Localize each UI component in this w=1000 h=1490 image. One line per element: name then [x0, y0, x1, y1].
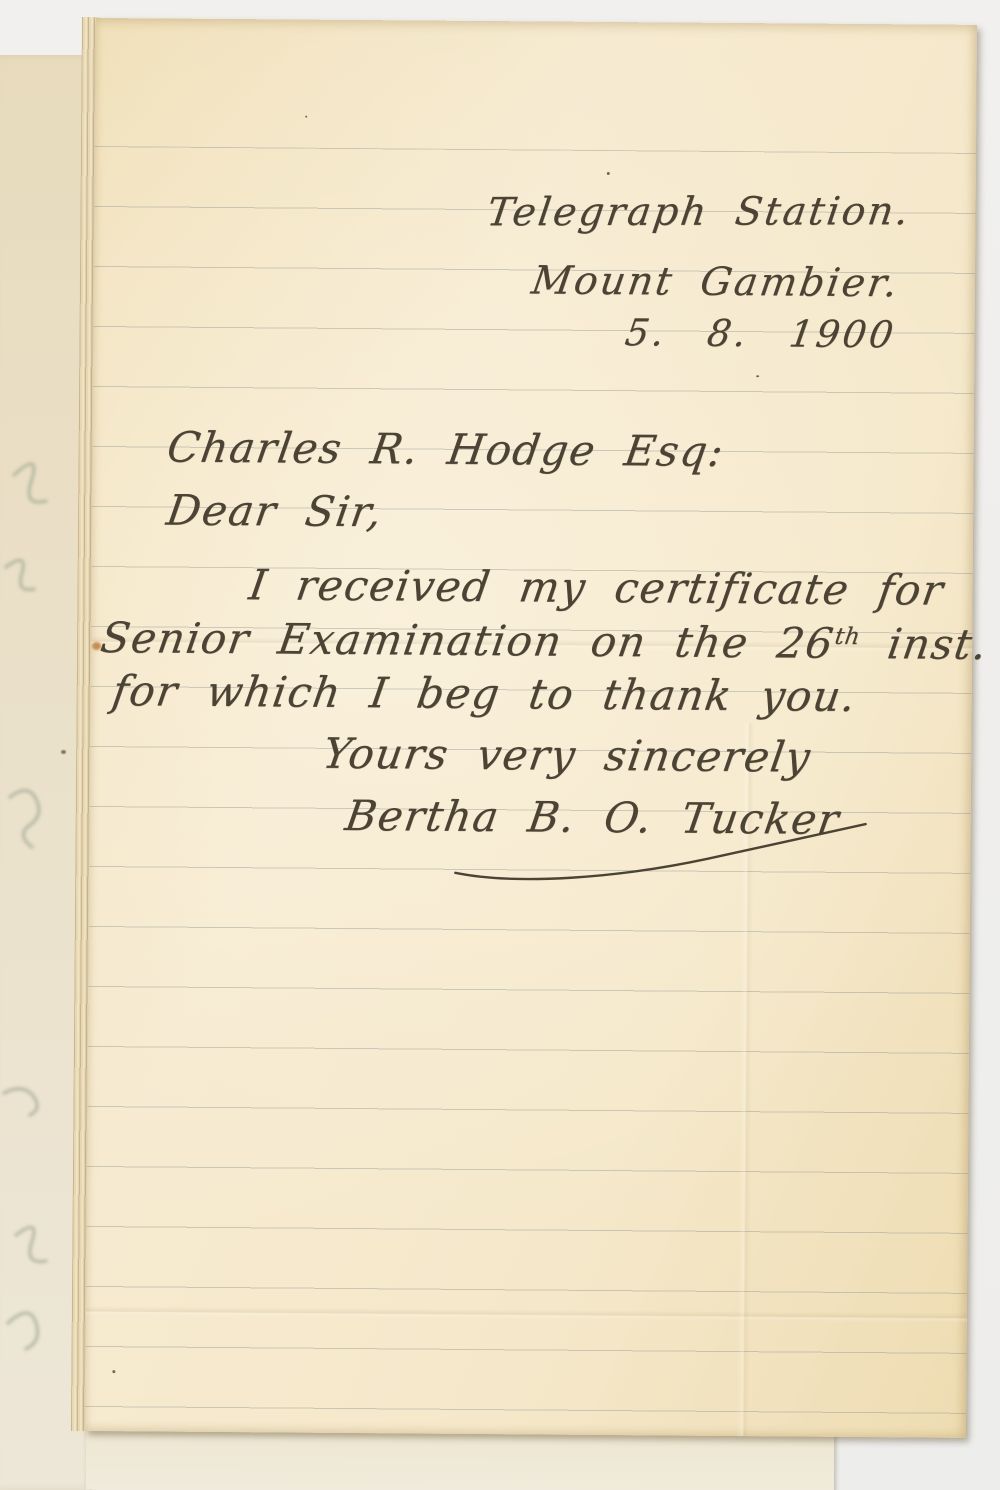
letter-station-line: Telegraph Station.: [484, 192, 913, 232]
letter-location-line: Mount Gambier.: [529, 261, 902, 303]
scanned-letter-page: { "letter": { "station": "Telegraph Stat…: [0, 0, 1000, 1490]
letter-body-line-1: I received my certificate for: [246, 564, 946, 611]
paper-speck: [112, 1370, 115, 1373]
letter-sheet: Telegraph Station. Mount Gambier. 5. 8. …: [85, 18, 977, 1438]
letter-salutation: Dear Sir,: [164, 490, 386, 534]
paper-speck: [305, 116, 307, 118]
letter-body-line-3: for which I beg to thank you.: [110, 670, 860, 718]
letter-body-line-2: Senior Examination on the 26th inst.: [98, 617, 991, 666]
signature-underline-flourish: [447, 819, 872, 892]
paper-speck: [61, 750, 66, 754]
body-line-2-suffix: inst.: [856, 619, 992, 669]
letter-date: 5. 8. 1900: [623, 314, 899, 353]
letter-recipient: Charles R. Hodge Esq:: [165, 427, 728, 473]
paper-speck: [756, 375, 759, 377]
body-line-2-prefix: Senior Examination on the 26: [98, 613, 838, 668]
stain-dot: [92, 642, 101, 650]
letter-closing: Yours very sincerely: [320, 733, 814, 779]
paper-speck: [607, 172, 610, 175]
